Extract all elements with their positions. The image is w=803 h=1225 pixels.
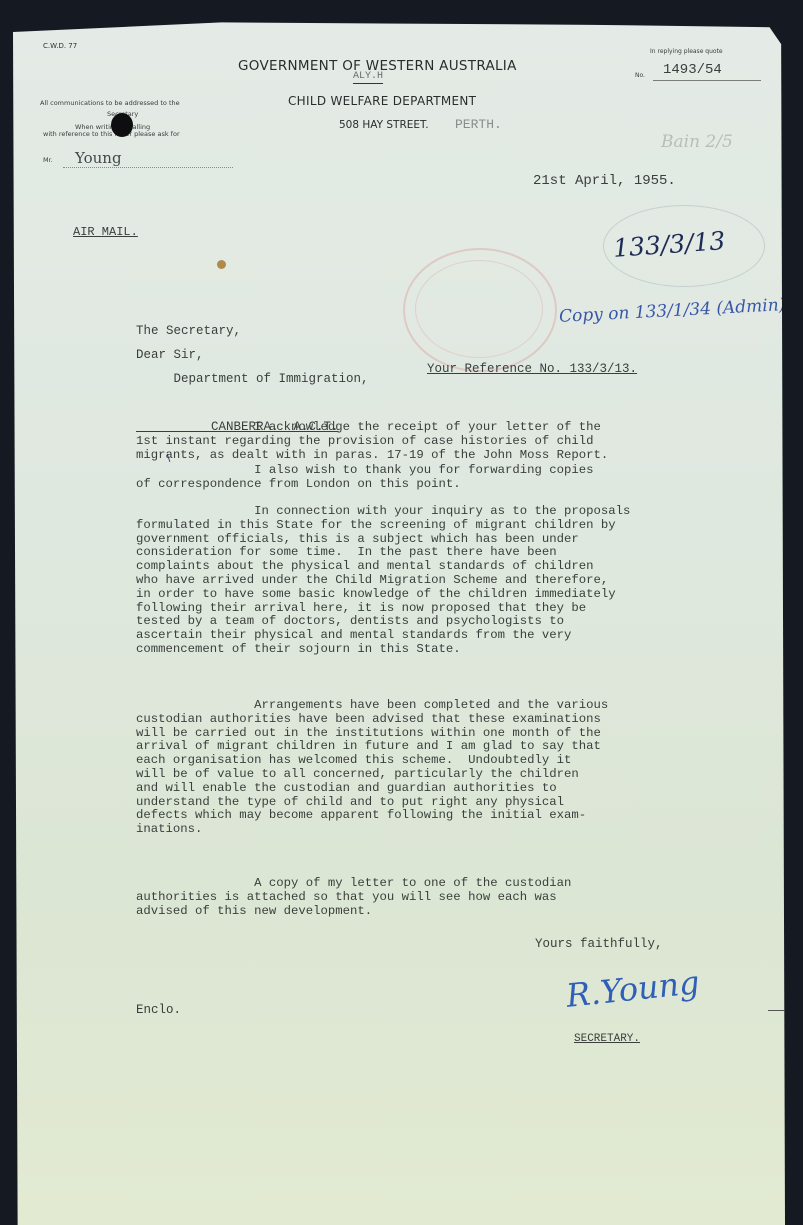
addressee-line: Department of Immigration, (136, 371, 369, 387)
addressee-line: The Secretary, (136, 323, 369, 339)
salutation: Dear Sir, (136, 348, 204, 362)
ref-no-line (653, 80, 761, 81)
body-paragraph: I acknowledge the receipt of your letter… (136, 421, 608, 462)
ink-blot (217, 260, 226, 269)
letterhead-street: 508 HAY STREET. (339, 119, 429, 131)
pencil-note: Bain 2/5 (661, 132, 733, 152)
signatory-title: SECRETARY. (574, 1033, 640, 1045)
punch-hole (111, 113, 133, 137)
ref-no-label: No. (635, 72, 645, 79)
contact-line (63, 167, 233, 168)
letterhead-department: CHILD WELFARE DEPARTMENT (288, 94, 476, 108)
your-reference: Your Reference No. 133/3/13. (427, 362, 637, 376)
typed-initials: ALY.H (353, 71, 383, 84)
handwritten-copy-note: Copy on 133/1/34 (Admin) (559, 295, 786, 327)
enclosure-note: Enclo. (136, 1003, 181, 1017)
letterhead-city: PERTH. (455, 117, 502, 132)
edge-mark (768, 1010, 798, 1011)
communications-note: All communications to be addressed to th… (40, 99, 180, 107)
body-paragraph: In connection with your inquiry as to th… (136, 505, 630, 657)
closing: Yours faithfully, (535, 937, 663, 951)
contact-label: Mr. (43, 156, 53, 164)
ref-no-value: 1493/54 (663, 62, 722, 78)
body-paragraph: Arrangements have been completed and the… (136, 699, 608, 837)
contact-name: Young (75, 149, 122, 167)
delivery-method: AIR MAIL. (73, 225, 138, 239)
body-paragraph: I also wish to thank you for forwarding … (136, 464, 594, 492)
signature: R.Young (564, 963, 701, 1015)
communications-note: with reference to this letter please ask… (43, 130, 180, 138)
letter-date: 21st April, 1955. (533, 173, 676, 189)
reply-quote-label: In replying please quote (650, 48, 723, 55)
body-paragraph: A copy of my letter to one of the custod… (136, 877, 571, 918)
red-received-stamp-inner (415, 260, 543, 358)
form-code: C.W.D. 77 (43, 42, 77, 50)
letter-page: C.W.D. 77 GOVERNMENT OF WESTERN AUSTRALI… (13, 20, 785, 1225)
